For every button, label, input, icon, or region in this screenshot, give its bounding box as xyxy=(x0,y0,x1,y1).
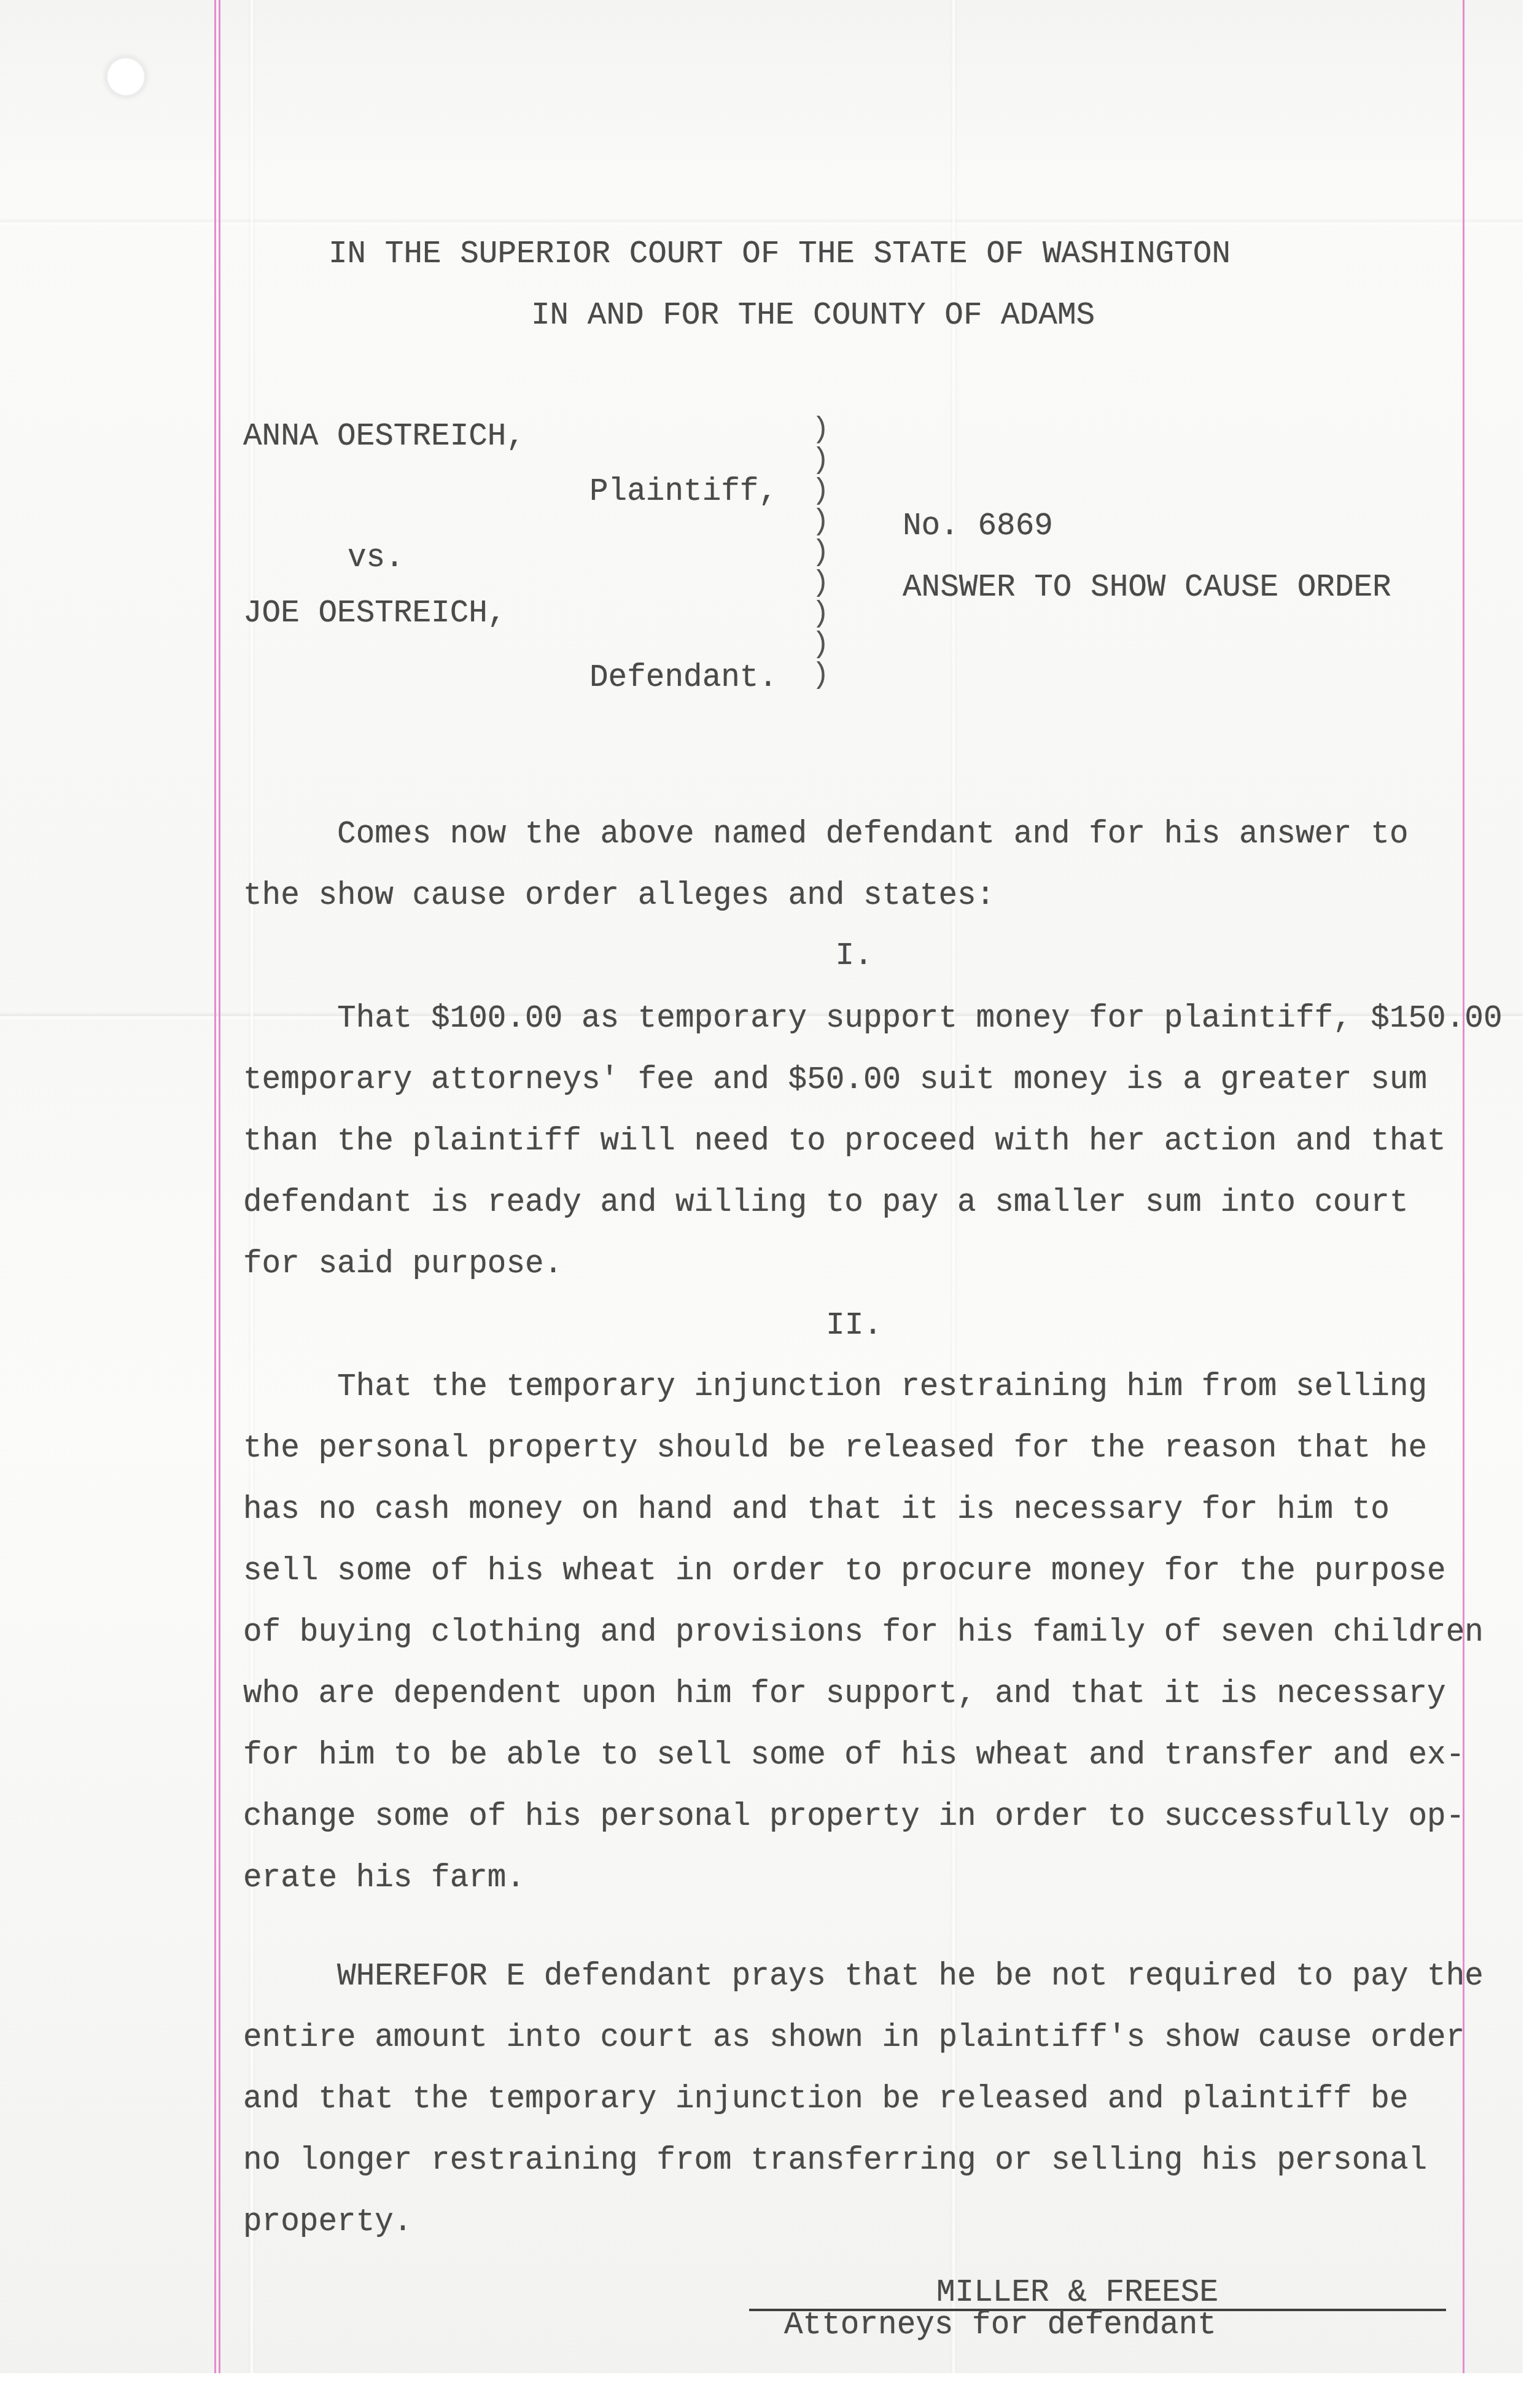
prayer-line: entire amount into court as shown in pla… xyxy=(243,2020,1464,2057)
court-header-line2: IN AND FOR THE COUNTY OF ADAMS xyxy=(531,298,1095,335)
section-2-line: of buying clothing and provisions for hi… xyxy=(243,1615,1484,1652)
signature-firm-name: MILLER & FREESE xyxy=(936,2275,1218,2312)
intro-line-2: the show cause order alleges and states: xyxy=(243,878,995,915)
section-1-line: for said purpose. xyxy=(243,1246,562,1283)
left-margin-line-outer xyxy=(214,0,216,2373)
paper-fold-horizontal-top xyxy=(0,218,1523,227)
section-1-line: defendant is ready and willing to pay a … xyxy=(243,1185,1409,1222)
section-2-line: change some of his personal property in … xyxy=(243,1799,1464,1836)
versus-label: vs. xyxy=(348,540,404,577)
caption-bracket: ) ) ) ) ) ) ) ) ) xyxy=(812,414,830,691)
section-2-line: for him to be able to sell some of his w… xyxy=(243,1738,1464,1775)
section-2-line: has no cash money on hand and that it is… xyxy=(243,1492,1390,1529)
section-2-line: sell some of his wheat in order to procu… xyxy=(243,1553,1446,1590)
prayer-line: property. xyxy=(243,2204,412,2241)
section-2-line: who are dependent upon him for support, … xyxy=(243,1676,1446,1713)
section-numeral-2: II. xyxy=(243,1308,1465,1345)
defendant-name: JOE OESTREICH, xyxy=(243,596,506,632)
document-title: ANSWER TO SHOW CAUSE ORDER xyxy=(903,570,1391,607)
court-header-line1: IN THE SUPERIOR COURT OF THE STATE OF WA… xyxy=(329,236,1231,273)
section-1-line: That $100.00 as temporary support money … xyxy=(243,1001,1503,1038)
plaintiff-name: ANNA OESTREICH, xyxy=(243,419,525,456)
signature-role: Attorneys for defendant xyxy=(784,2307,1216,2344)
prayer-line: WHEREFOR E defendant prays that he be no… xyxy=(243,1959,1484,1996)
plaintiff-label: Plaintiff, xyxy=(589,474,777,511)
section-2-line: That the temporary injunction restrainin… xyxy=(243,1369,1427,1406)
section-2-line: erate his farm. xyxy=(243,1860,525,1897)
section-numeral-1: I. xyxy=(243,938,1465,975)
prayer-line: no longer restraining from transferring … xyxy=(243,2143,1427,2180)
section-1-line: temporary attorneys' fee and $50.00 suit… xyxy=(243,1062,1427,1099)
prayer-line: and that the temporary injunction be rel… xyxy=(243,2082,1409,2118)
intro-line-1: Comes now the above named defendant and … xyxy=(243,817,1409,853)
right-margin-line xyxy=(1463,0,1464,2373)
case-number: No. 6869 xyxy=(903,508,1053,545)
section-1-line: than the plaintiff will need to proceed … xyxy=(243,1124,1446,1160)
left-margin-line-inner xyxy=(219,0,220,2373)
section-2-line: the personal property should be released… xyxy=(243,1431,1427,1468)
defendant-label: Defendant. xyxy=(589,660,777,697)
